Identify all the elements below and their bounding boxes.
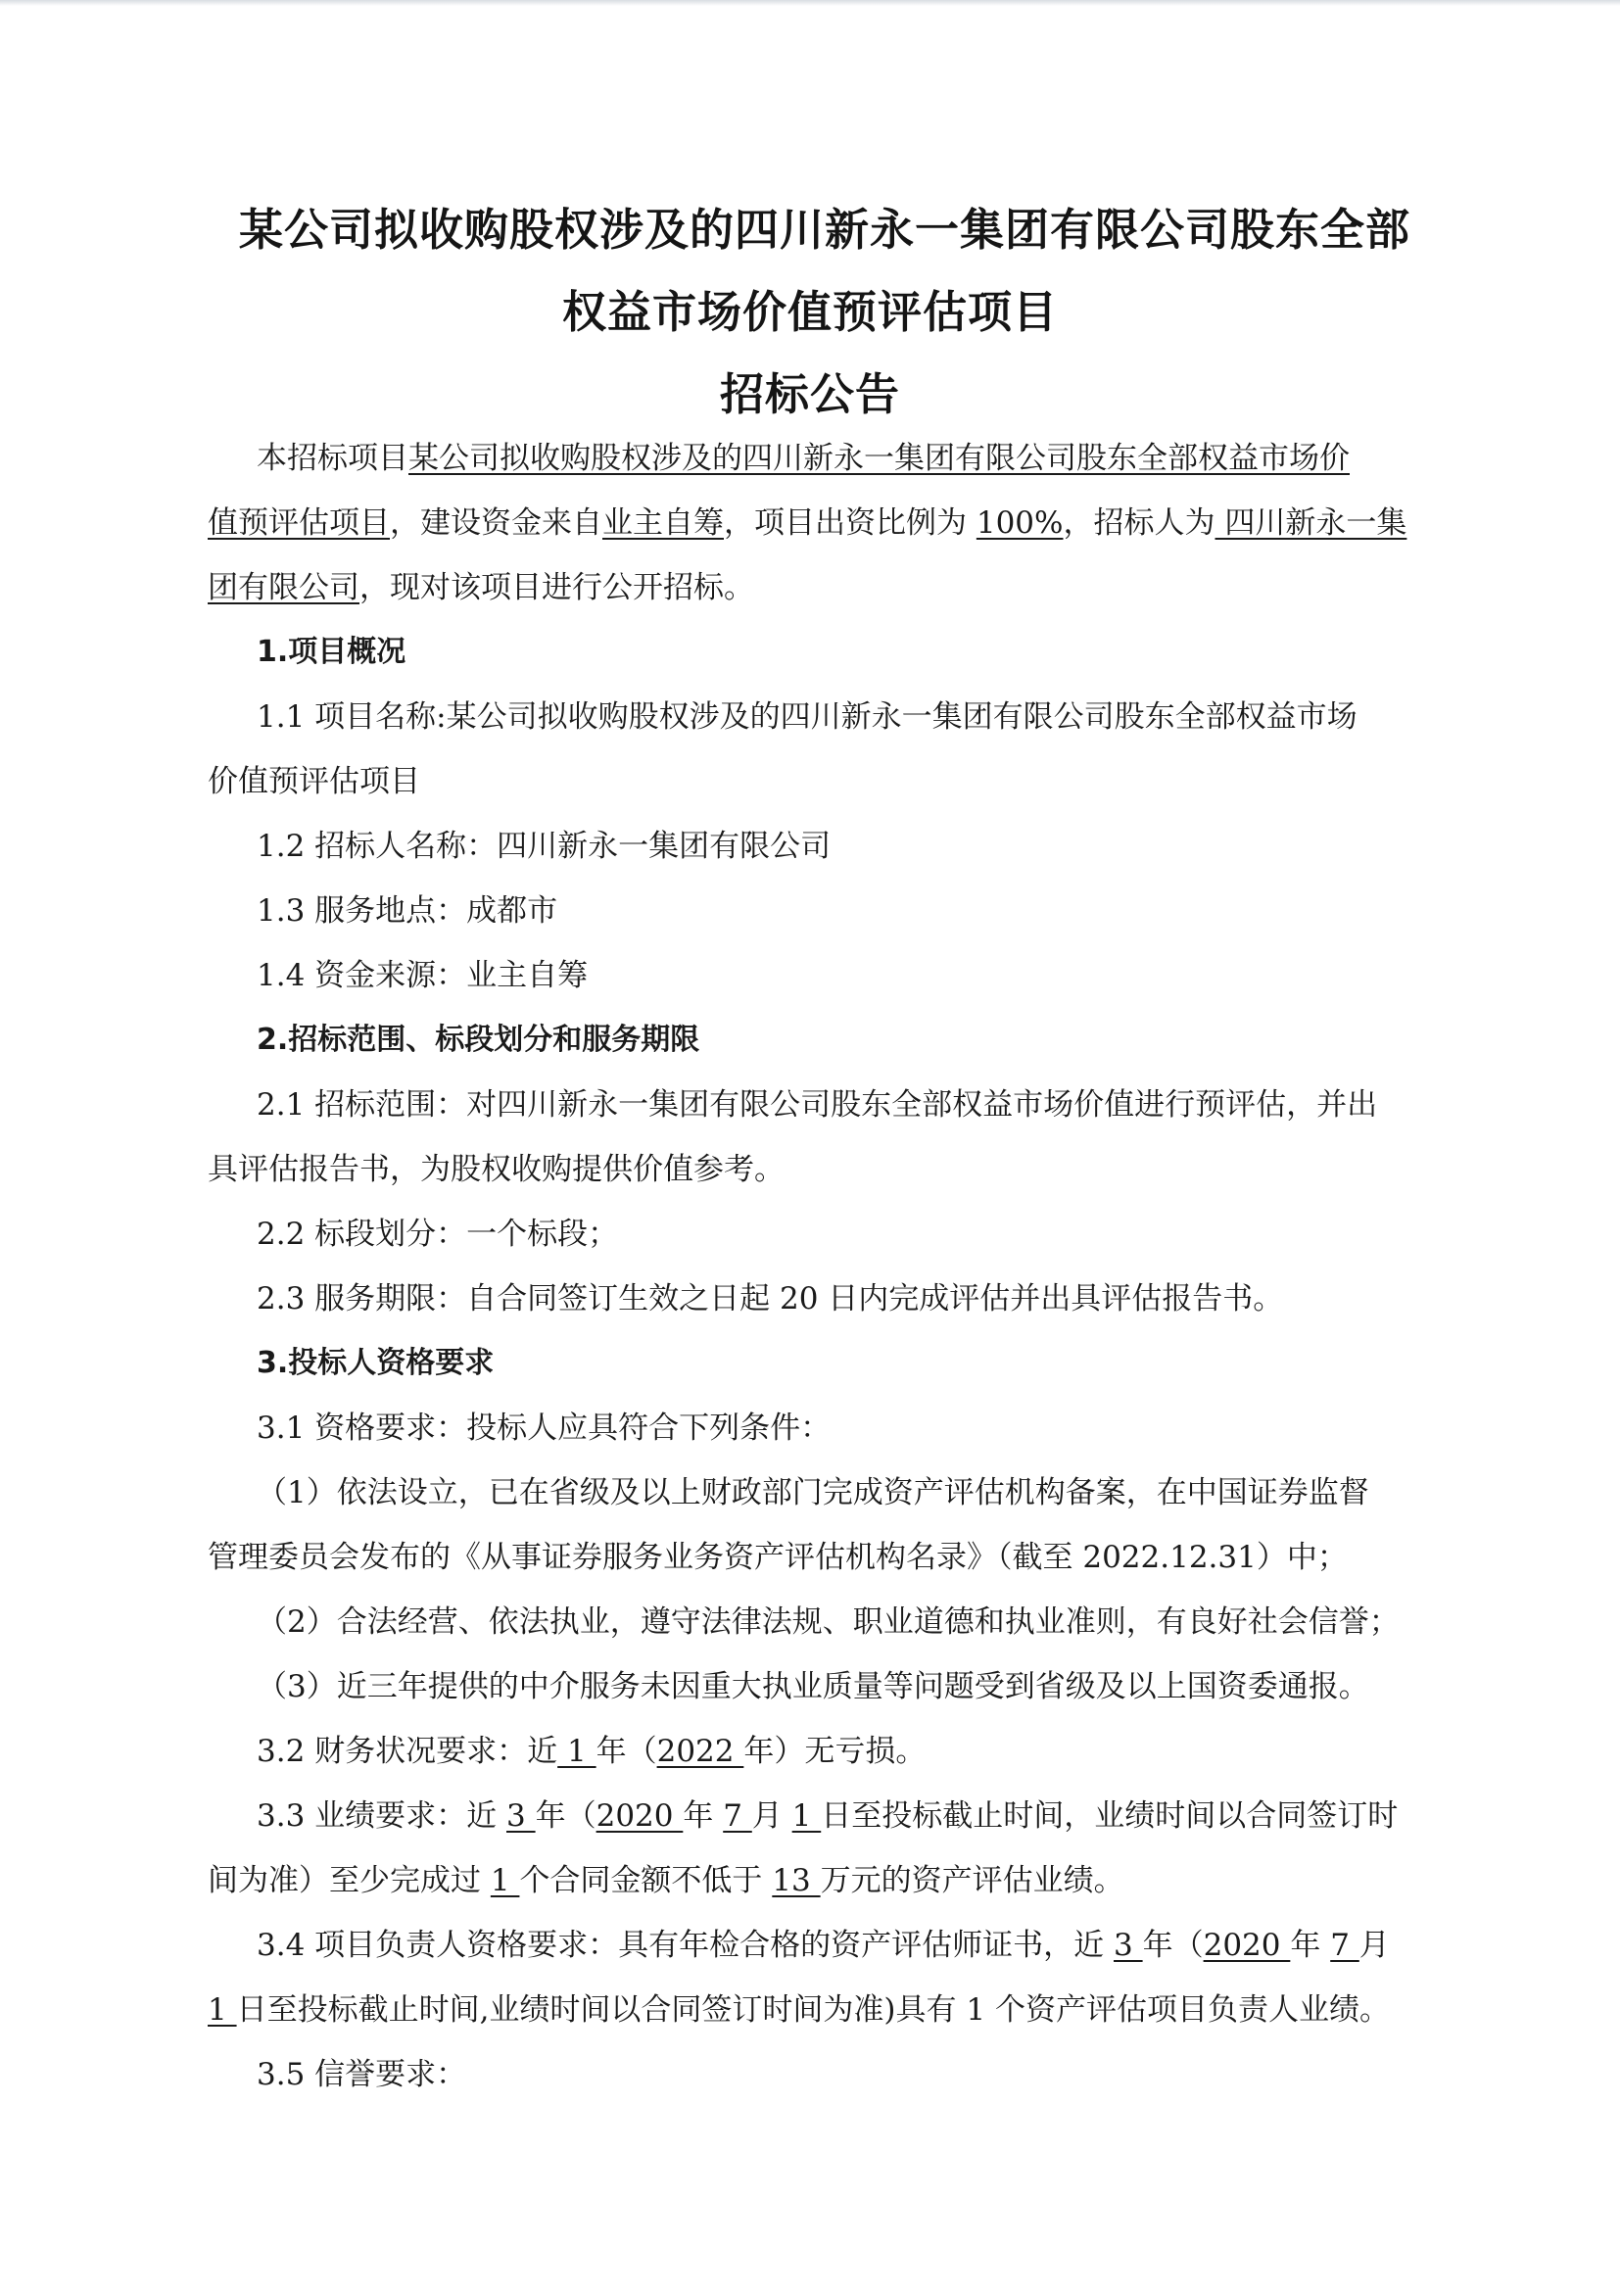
text: 年（	[536, 1798, 596, 1834]
start-month-value: 7	[723, 1798, 752, 1834]
document-title-line-2: 权益市场价值预评估项目	[0, 276, 1620, 340]
item-3-4-cont: 1 日至投标截止时间,业绩时间以合同签订时间为准)具有 1 个资产评估项目负责人…	[208, 1990, 1461, 2030]
text: 年	[683, 1798, 723, 1834]
contract-amount-value: 13	[772, 1863, 820, 1898]
text: 月	[1359, 1928, 1390, 1963]
item-1-1-cont: 价值预评估项目	[208, 762, 1461, 801]
intro-line-3: 团有限公司，现对该项目进行公开招标。	[208, 568, 1461, 607]
project-name-underlined: 某公司拟收购股权涉及的四川新永一集团有限公司股东全部权益市场价	[408, 441, 1350, 476]
condition-3: （3）近三年提供的中介服务未因重大执业质量等问题受到省级及以上国资委通报。	[257, 1667, 1510, 1706]
item-1-1: 1.1 项目名称:某公司拟收购股权涉及的四川新永一集团有限公司股东全部权益市场	[257, 697, 1510, 737]
document-page: 某公司拟收购股权涉及的四川新永一集团有限公司股东全部 权益市场价值预评估项目 招…	[0, 0, 1620, 2296]
text: 3.3 业绩要求：近	[257, 1798, 506, 1834]
item-3-3-cont: 间为准）至少完成过 1 个合同金额不低于 13 万元的资产评估业绩。	[208, 1861, 1461, 1900]
text: 年）无亏损。	[743, 1734, 926, 1769]
item-3-2: 3.2 财务状况要求：近 1 年（2022 年）无亏损。	[257, 1732, 1510, 1771]
section-3-heading: 3.投标人资格要求	[257, 1344, 1510, 1383]
item-2-1-cont: 具评估报告书，为股权收购提供价值参考。	[208, 1150, 1461, 1189]
tenderer-underlined: 四川新永一集	[1215, 505, 1407, 541]
item-1-3: 1.3 服务地点：成都市	[257, 891, 1510, 931]
tenderer-underlined-cont: 团有限公司	[208, 570, 359, 605]
text: 个合同金额不低于	[519, 1863, 772, 1898]
text: 年（	[596, 1734, 657, 1769]
start-year-value: 2020	[1204, 1928, 1291, 1963]
intro-text: ，项目出资比例为	[724, 505, 977, 541]
item-2-1: 2.1 招标范围：对四川新永一集团有限公司股东全部权益市场价值进行预评估，并出	[257, 1085, 1510, 1124]
condition-1-cont: 管理委员会发布的《从事证券服务业务资产评估机构名录》（截至 2022.12.31…	[208, 1538, 1461, 1577]
item-3-5: 3.5 信誉要求：	[257, 2055, 1510, 2094]
years-value: 3	[506, 1798, 536, 1834]
intro-prefix: 本招标项目	[257, 441, 408, 476]
year-value: 2022	[657, 1734, 744, 1769]
intro-text: ，招标人为	[1064, 505, 1215, 541]
document-title-line-1: 某公司拟收购股权涉及的四川新永一集团有限公司股东全部	[0, 194, 1620, 258]
section-1-heading: 1.项目概况	[257, 633, 1510, 672]
start-year-value: 2020	[596, 1798, 684, 1834]
intro-line-1: 本招标项目某公司拟收购股权涉及的四川新永一集团有限公司股东全部权益市场价	[257, 439, 1510, 478]
text: 万元的资产评估业绩。	[821, 1863, 1124, 1898]
funding-ratio-underlined: 100%	[977, 505, 1064, 541]
contract-count-value: 1	[491, 1863, 520, 1898]
item-3-1: 3.1 资格要求：投标人应具符合下列条件：	[257, 1409, 1510, 1448]
intro-text: ，建设资金来自	[390, 505, 602, 541]
funding-source-underlined: 业主自筹	[602, 505, 724, 541]
text: 3.2 财务状况要求：近	[257, 1734, 557, 1769]
item-3-4: 3.4 项目负责人资格要求：具有年检合格的资产评估师证书，近 3 年（2020 …	[257, 1926, 1510, 1965]
text: 日至投标截止时间，业绩时间以合同签订时	[821, 1798, 1398, 1834]
text: 月	[752, 1798, 792, 1834]
item-3-3: 3.3 业绩要求：近 3 年（2020 年 7 月 1 日至投标截止时间，业绩时…	[257, 1796, 1510, 1836]
years-value: 3	[1114, 1928, 1143, 1963]
intro-line-2: 值预评估项目，建设资金来自业主自筹，项目出资比例为 100%，招标人为 四川新永…	[208, 503, 1461, 543]
start-day-value: 1	[208, 1992, 237, 2028]
item-1-4: 1.4 资金来源：业主自筹	[257, 956, 1510, 995]
text: 年	[1290, 1928, 1330, 1963]
item-2-3: 2.3 服务期限：自合同签订生效之日起 20 日内完成评估并出具评估报告书。	[257, 1279, 1510, 1318]
start-month-value: 7	[1330, 1928, 1359, 1963]
condition-1: （1）依法设立，已在省级及以上财政部门完成资产评估机构备案，在中国证券监督	[257, 1473, 1510, 1512]
item-1-2: 1.2 招标人名称：四川新永一集团有限公司	[257, 827, 1510, 866]
text: 间为准）至少完成过	[208, 1863, 491, 1898]
intro-text: ，现对该项目进行公开招标。	[359, 570, 754, 605]
years-value: 1	[557, 1734, 596, 1769]
text: 年（	[1143, 1928, 1204, 1963]
start-day-value: 1	[792, 1798, 822, 1834]
project-name-underlined-cont: 值预评估项目	[208, 505, 390, 541]
section-2-heading: 2.招标范围、标段划分和服务期限	[257, 1021, 1510, 1060]
condition-2: （2）合法经营、依法执业，遵守法律法规、职业道德和执业准则，有良好社会信誉；	[257, 1602, 1510, 1642]
text: 3.4 项目负责人资格要求：具有年检合格的资产评估师证书，近	[257, 1928, 1114, 1963]
item-2-2: 2.2 标段划分：一个标段；	[257, 1215, 1510, 1254]
text: 日至投标截止时间,业绩时间以合同签订时间为准)具有 1 个资产评估项目负责人业绩…	[237, 1992, 1390, 2028]
document-title-notice: 招标公告	[0, 359, 1620, 422]
